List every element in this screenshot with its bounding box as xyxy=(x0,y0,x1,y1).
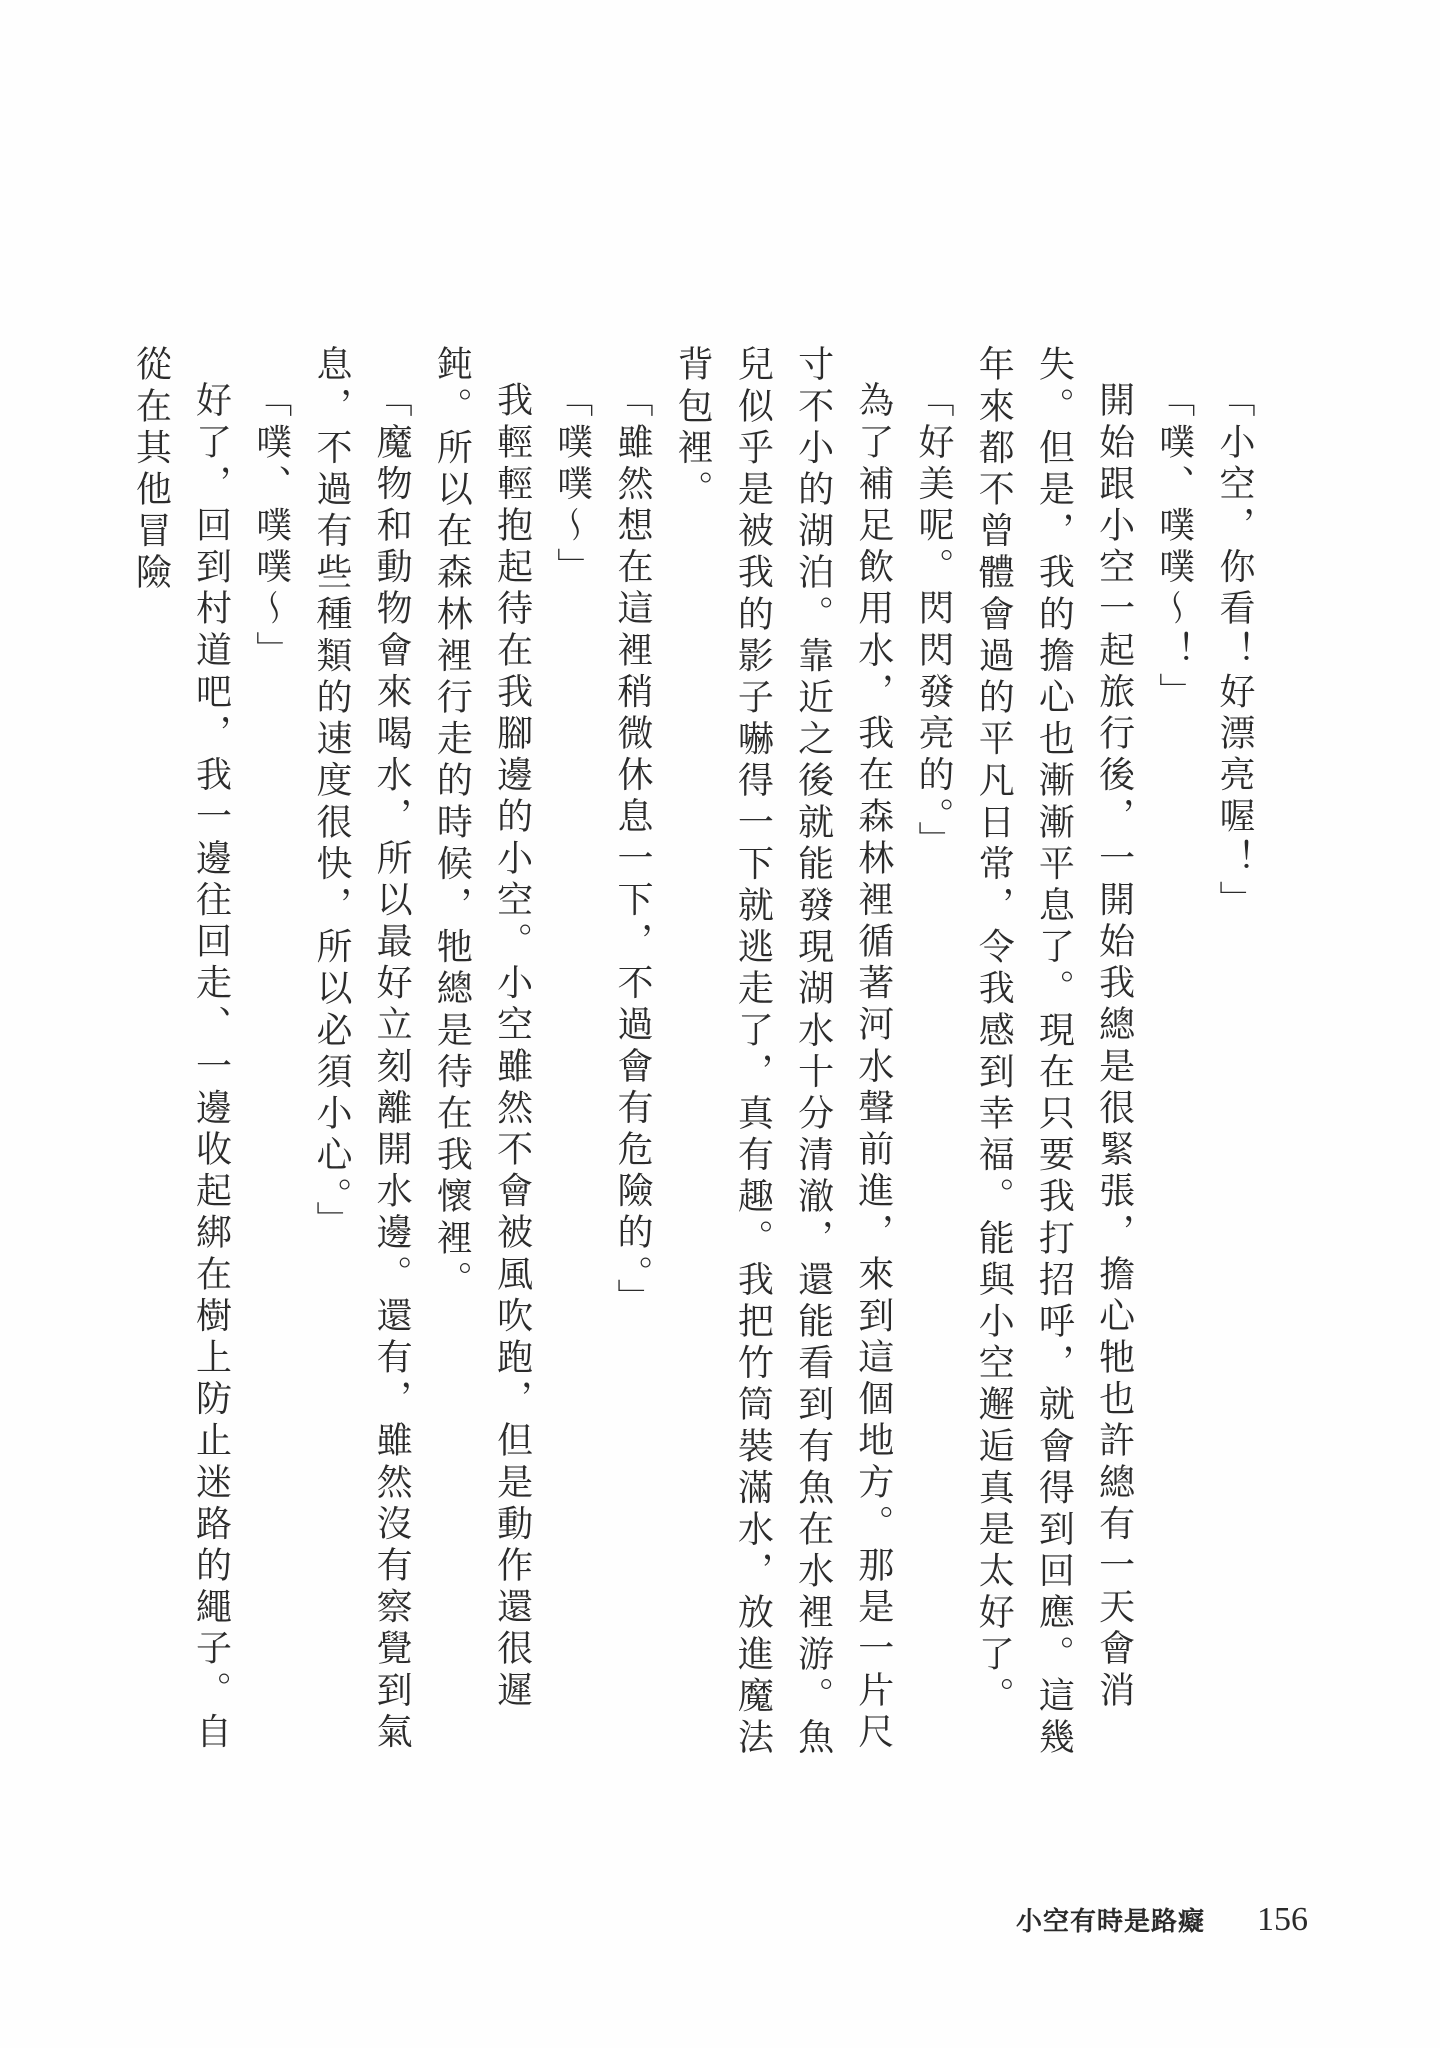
narration-paragraph: 好了，回到村道吧，我一邊往回走、一邊收起綁在樹上防止迷路的繩子。自從在其他冒險 xyxy=(120,345,240,1765)
dialog-line: 「噗、噗噗～！」 xyxy=(1144,345,1204,1765)
vertical-body-text: 「小空，你看！好漂亮喔！」 「噗、噗噗～！」 開始跟小空一起旅行後，一開始我總是… xyxy=(120,345,1264,1765)
page-number: 156 xyxy=(1257,1901,1308,1939)
narration-paragraph: 開始跟小空一起旅行後，一開始我總是很緊張，擔心牠也許總有一天會消失。但是，我的擔… xyxy=(963,345,1144,1765)
narration-paragraph: 為了補足飲用水，我在森林裡循著河水聲前進，來到這個地方。那是一片尺寸不小的湖泊。… xyxy=(662,345,903,1765)
dialog-line: 「小空，你看！好漂亮喔！」 xyxy=(1204,345,1264,1765)
book-page: 「小空，你看！好漂亮喔！」 「噗、噗噗～！」 開始跟小空一起旅行後，一開始我總是… xyxy=(0,0,1440,2048)
narration-paragraph: 我輕輕抱起待在我腳邊的小空。小空雖然不會被風吹跑，但是動作還很遲鈍。所以在森林裡… xyxy=(421,345,541,1765)
dialog-line: 「噗噗～」 xyxy=(542,345,602,1765)
dialog-line: 「好美呢。閃閃發亮的。」 xyxy=(903,345,963,1765)
dialog-line: 「雖然想在這裡稍微休息一下，不過會有危險的。」 xyxy=(602,345,662,1765)
dialog-line: 「魔物和動物會來喝水，所以最好立刻離開水邊。還有，雖然沒有察覺到氣息，不過有些種… xyxy=(301,345,421,1765)
dialog-line: 「噗、噗噗～」 xyxy=(241,345,301,1765)
running-title: 小空有時是路癡 xyxy=(1016,1901,1205,1938)
page-footer: 小空有時是路癡 156 xyxy=(1016,1901,1308,1949)
